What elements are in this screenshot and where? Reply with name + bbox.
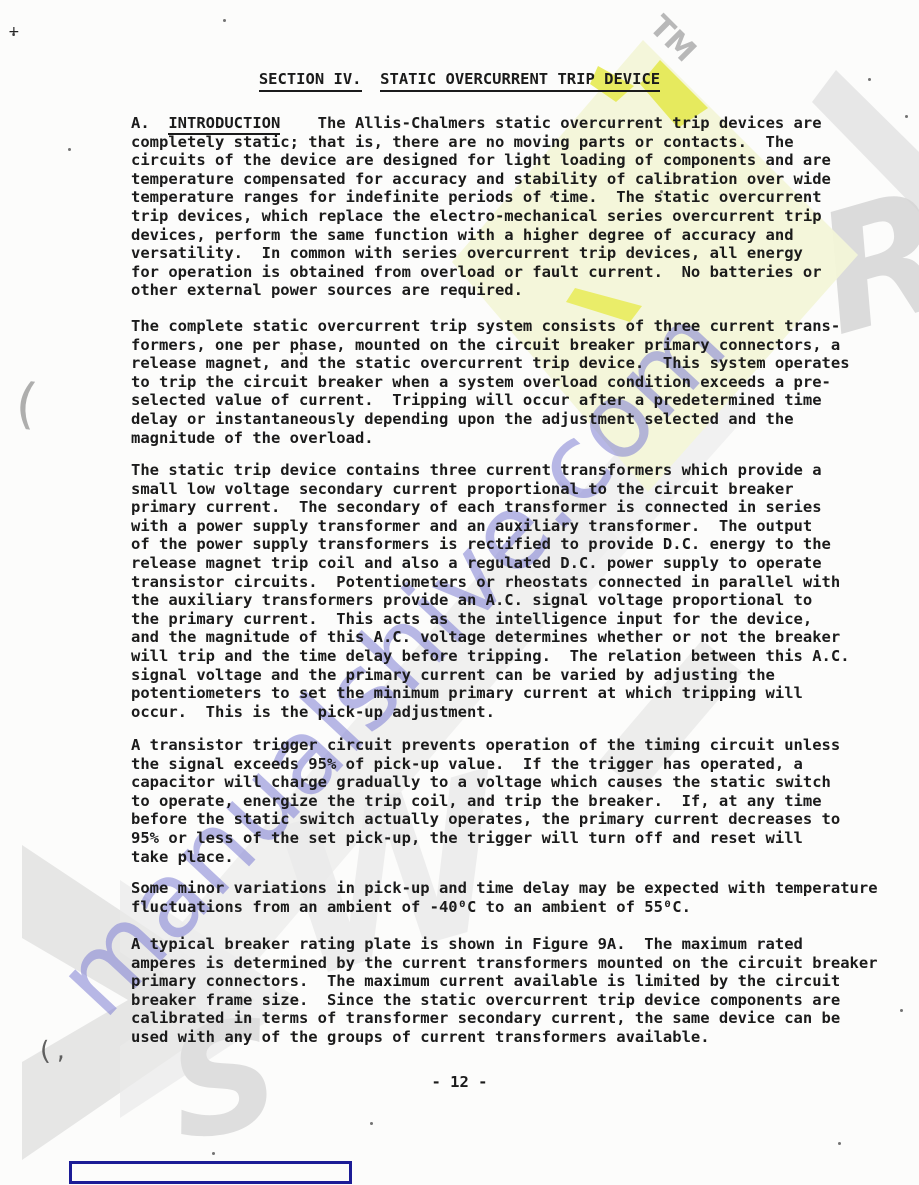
- intro-first-line: A. INTRODUCTION The Allis-Chalmers stati…: [131, 114, 919, 133]
- intro-first-line-text: The Allis-Chalmers static overcurrent tr…: [280, 114, 821, 132]
- page-number: - 12 -: [0, 1073, 919, 1091]
- scan-speck: [660, 190, 663, 193]
- scan-speck: [12, 33, 15, 36]
- section-title: STATIC OVERCURRENT TRIP DEVICE: [380, 70, 660, 92]
- paragraph-introduction: A. INTRODUCTION The Allis-Chalmers stati…: [131, 114, 919, 300]
- scan-speck: [868, 78, 871, 81]
- scan-speck: [905, 115, 908, 118]
- paragraph: The static trip device contains three cu…: [131, 461, 919, 721]
- heading-gap: [362, 70, 381, 88]
- paragraph: The complete static overcurrent trip sys…: [131, 317, 919, 447]
- pen-mark: (: [13, 371, 41, 436]
- scan-speck: [223, 19, 226, 22]
- pen-mark: +: [8, 24, 20, 40]
- intro-heading: INTRODUCTION: [168, 114, 280, 135]
- scan-speck: [900, 1009, 903, 1012]
- scan-speck: [550, 195, 553, 198]
- intro-body: completely static; that is, there are no…: [131, 133, 919, 300]
- link-annotation-box[interactable]: [69, 1161, 352, 1184]
- pen-mark: (,: [39, 1035, 71, 1067]
- scan-speck: [838, 1142, 841, 1145]
- paragraph: Some minor variations in pick-up and tim…: [131, 879, 919, 916]
- paragraph: A typical breaker rating plate is shown …: [131, 935, 919, 1047]
- section-heading: SECTION IV. STATIC OVERCURRENT TRIP DEVI…: [0, 70, 919, 88]
- scan-speck: [370, 1122, 373, 1125]
- scanned-text-content: SECTION IV. STATIC OVERCURRENT TRIP DEVI…: [0, 0, 919, 1185]
- section-label: SECTION IV.: [259, 70, 362, 92]
- paragraph: A transistor trigger circuit prevents op…: [131, 736, 919, 866]
- document-page: S W R TM manualshive.com SECTION IV. STA…: [0, 0, 919, 1185]
- scan-speck: [300, 352, 303, 355]
- scan-speck: [212, 1152, 215, 1155]
- intro-item-label: A.: [131, 114, 168, 132]
- scan-speck: [68, 148, 71, 151]
